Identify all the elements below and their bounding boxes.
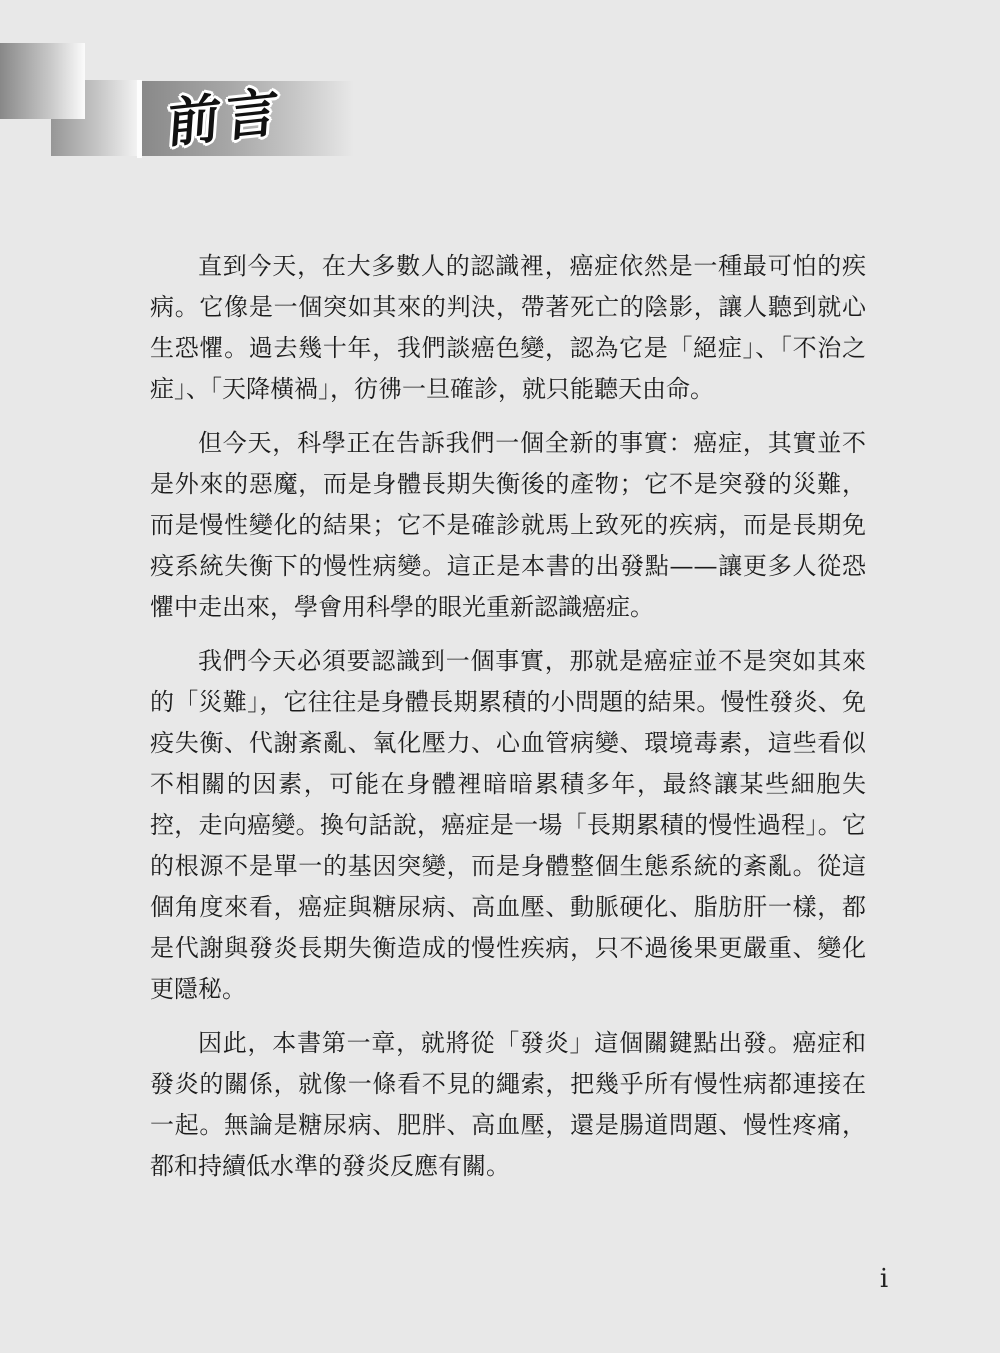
preface-body: 直到今天，在大多數人的認識裡，癌症依然是一種最可怕的疾病。它像是一個突如其來的判… xyxy=(150,246,866,1200)
paragraph-4: 因此，本書第一章，就將從「發炎」這個關鍵點出發。癌症和發炎的關係，就像一條看不見… xyxy=(150,1023,866,1187)
page-number: i xyxy=(874,1264,894,1294)
header-decor-block-front xyxy=(0,43,85,119)
paragraph-3: 我們今天必須要認識到一個事實，那就是癌症並不是突如其來的「災難」，它往往是身體長… xyxy=(150,641,866,1010)
header-title-bar: 前言 xyxy=(142,81,354,156)
paragraph-2: 但今天，科學正在告訴我們一個全新的事實：癌症，其實並不是外來的惡魔，而是身體長期… xyxy=(150,423,866,628)
page-title: 前言 xyxy=(165,74,286,162)
preface-page: 前言 直到今天，在大多數人的認識裡，癌症依然是一種最可怕的疾病。它像是一個突如其… xyxy=(0,0,1000,1353)
paragraph-1: 直到今天，在大多數人的認識裡，癌症依然是一種最可怕的疾病。它像是一個突如其來的判… xyxy=(150,246,866,410)
